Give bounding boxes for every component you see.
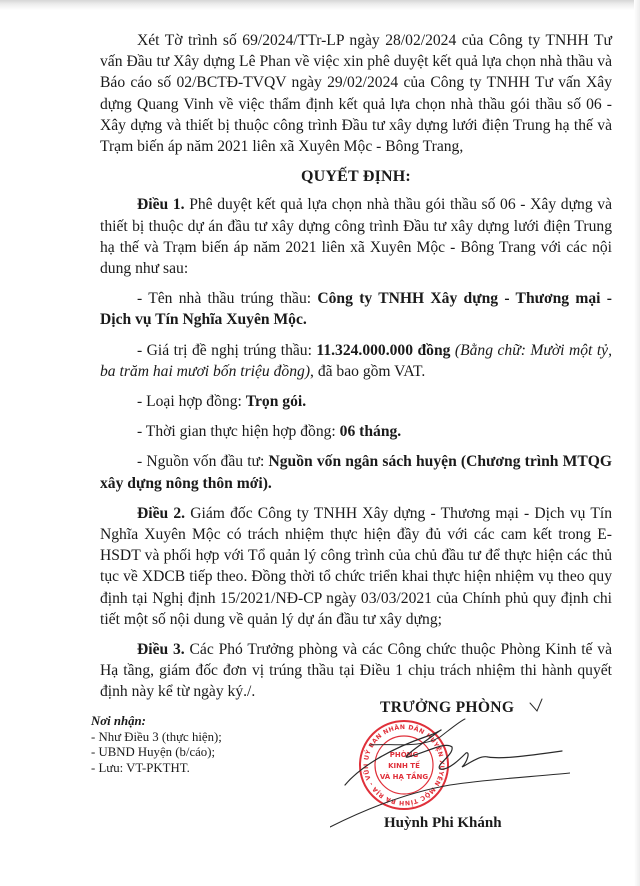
item-duration-value: 06 tháng. <box>340 423 402 440</box>
item-duration-label: - Thời gian thực hiện hợp đồng: <box>137 423 340 440</box>
item-contract-type-label: - Loại hợp đồng: <box>137 393 246 410</box>
recipient-item: - Lưu: VT-PKTHT. <box>91 761 222 777</box>
signature-block: TRƯỞNG PHÒNG UỶ BAN NHÂN DÂN HUYỆN XUYÊN… <box>330 697 570 857</box>
document-page: Xét Tờ trình số 69/2024/TTr-LP ngày 28/0… <box>100 30 612 703</box>
recipients-heading: Nơi nhận: <box>91 714 222 730</box>
viewer-top-shadow <box>0 0 640 10</box>
article-1-label: Điều 1. <box>137 196 185 213</box>
item-price-suffix: , đã bao gồm VAT. <box>310 363 425 380</box>
recipients-block: Nơi nhận: - Như Điều 3 (thực hiện); - UB… <box>91 714 222 776</box>
item-price-value: 11.324.000.000 đồng <box>316 342 450 359</box>
item-price: - Giá trị đề nghị trúng thầu: 11.324.000… <box>100 340 612 382</box>
item-contract-type-value: Trọn gói. <box>246 393 306 410</box>
article-3-label: Điều 3. <box>137 641 185 658</box>
article-2-text: Giám đốc Công ty TNHH Xây dựng - Thương … <box>100 505 612 628</box>
article-2-label: Điều 2. <box>137 505 185 522</box>
signer-name: Huỳnh Phi Khánh <box>384 815 502 832</box>
item-price-label: - Giá trị đề nghị trúng thầu: <box>137 342 316 359</box>
article-1: Điều 1. Phê duyệt kết quả lựa chọn nhà t… <box>100 194 612 279</box>
item-duration: - Thời gian thực hiện hợp đồng: 06 tháng… <box>100 421 612 442</box>
article-3: Điều 3. Các Phó Trưởng phòng và các Công… <box>100 639 612 703</box>
recipient-item: - Như Điều 3 (thực hiện); <box>91 730 222 746</box>
handwritten-signature-icon <box>330 697 570 857</box>
item-contract-type: - Loại hợp đồng: Trọn gói. <box>100 391 612 412</box>
item-winner-label: - Tên nhà thầu trúng thầu: <box>137 290 317 307</box>
recipient-item: - UBND Huyện (b/cáo); <box>91 745 222 761</box>
preamble-paragraph: Xét Tờ trình số 69/2024/TTr-LP ngày 28/0… <box>100 30 612 157</box>
article-2: Điều 2. Giám đốc Công ty TNHH Xây dựng -… <box>100 503 612 630</box>
decision-title: QUYẾT ĐỊNH: <box>100 166 612 187</box>
item-funding: - Nguồn vốn đầu tư: Nguồn vốn ngân sách … <box>100 451 612 493</box>
item-winner: - Tên nhà thầu trúng thầu: Công ty TNHH … <box>100 288 612 330</box>
item-funding-label: - Nguồn vốn đầu tư: <box>137 453 268 470</box>
viewer-right-edge <box>634 0 640 886</box>
